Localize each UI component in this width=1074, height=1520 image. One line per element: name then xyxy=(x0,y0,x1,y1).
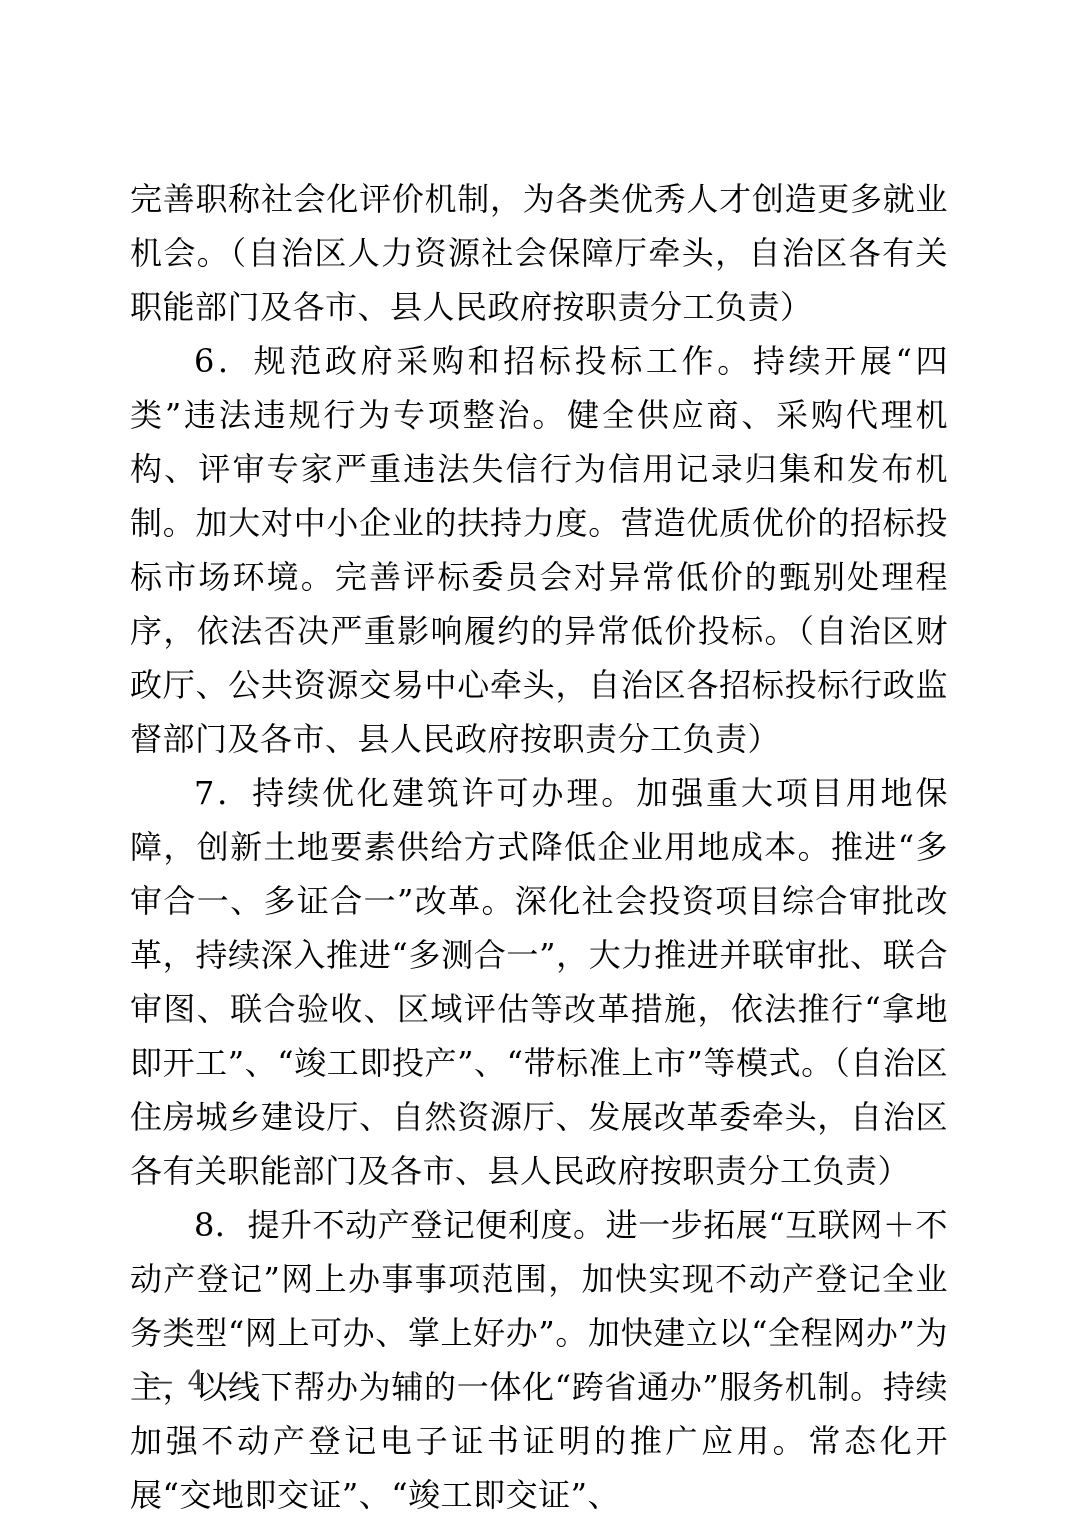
paragraph: 完善职称社会化评价机制，为各类优秀人才创造更多就业机会。（自治区人力资源社会保障… xyxy=(130,172,948,334)
page-number: — 4 — xyxy=(146,1362,249,1402)
paragraph: 6．规范政府采购和招标投标工作。持续开展“四类”违法违规行为专项整治。健全供应商… xyxy=(130,334,948,766)
document-body: 完善职称社会化评价机制，为各类优秀人才创造更多就业机会。（自治区人力资源社会保障… xyxy=(130,172,948,1520)
paragraph: 7．持续优化建筑许可办理。加强重大项目用地保障，创新土地要素供给方式降低企业用地… xyxy=(130,766,948,1198)
paragraph: 8．提升不动产登记便利度。进一步拓展“互联网＋不动产登记”网上办事事项范围，加快… xyxy=(130,1198,948,1520)
document-page: 完善职称社会化评价机制，为各类优秀人才创造更多就业机会。（自治区人力资源社会保障… xyxy=(0,0,1074,1520)
